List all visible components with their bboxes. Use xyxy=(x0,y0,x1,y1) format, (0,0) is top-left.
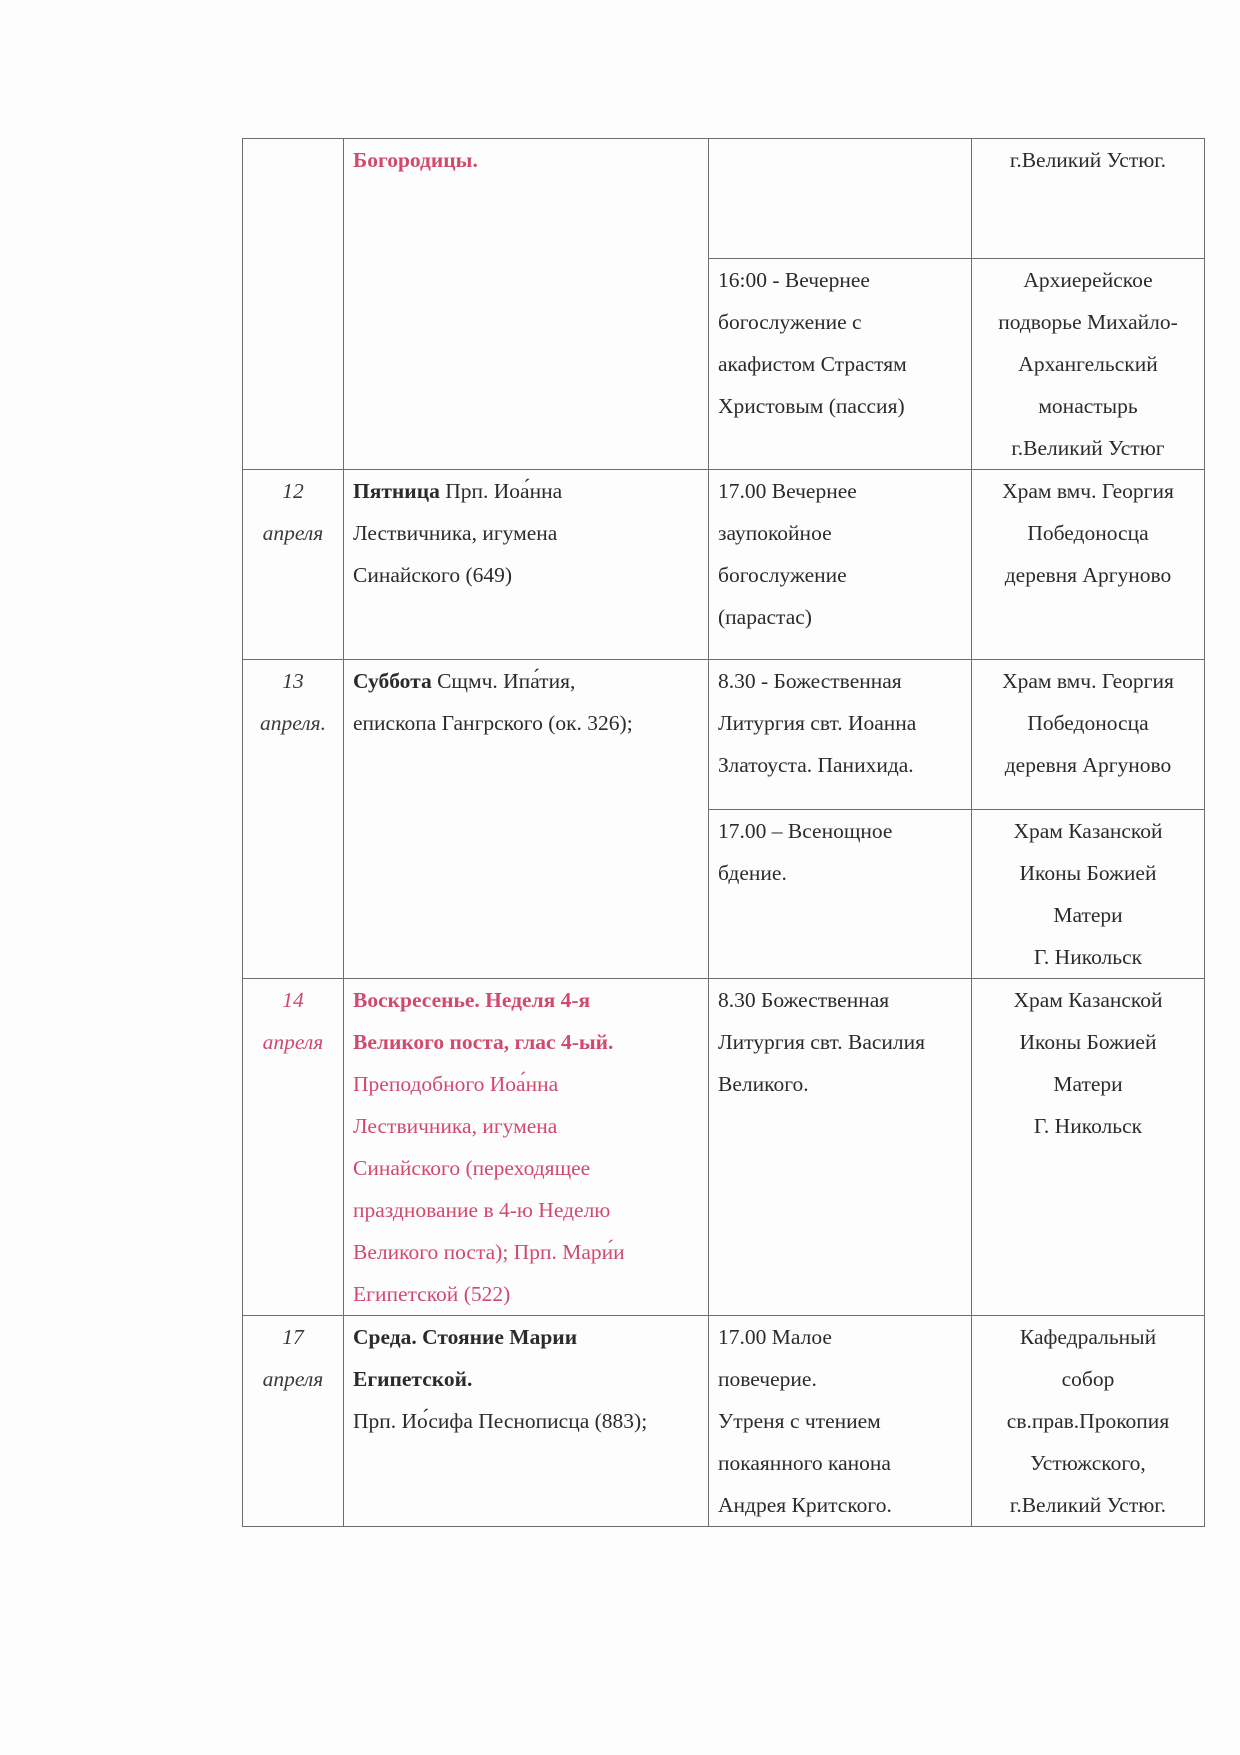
weekday-label: Пятница xyxy=(353,479,440,503)
saint-line: Лествичника, игумена xyxy=(353,1105,699,1147)
saint-line: Великого поста); Прп. Мари́и xyxy=(353,1231,699,1273)
service-cell xyxy=(709,139,972,259)
table-row: 14апреляВоскресенье. Неделя 4-яВеликого … xyxy=(243,979,1205,1316)
date-cell xyxy=(243,139,344,470)
service-line: богослужение с xyxy=(718,301,962,343)
service-line: акафистом Страстям xyxy=(718,343,962,385)
place-line: Матери xyxy=(981,1063,1195,1105)
saint-line: Египетской. xyxy=(353,1358,699,1400)
saint-text: Прп. Иоа́нна xyxy=(440,479,562,503)
service-line: 17.00 Малое xyxy=(718,1316,962,1358)
place-line: Иконы Божией xyxy=(981,852,1195,894)
service-cell: 8.30 - БожественнаяЛитургия свт. ИоаннаЗ… xyxy=(709,660,972,810)
place-line: г.Великий Устюг. xyxy=(981,1484,1195,1526)
place-line: г.Великий Устюг. xyxy=(981,139,1195,181)
service-schedule-table: Богородицы.г.Великий Устюг.16:00 - Вечер… xyxy=(242,138,1205,1527)
saint-cell: Пятница Прп. Иоа́ннаЛествичника, игумена… xyxy=(344,470,709,660)
place-line: г.Великий Устюг xyxy=(981,427,1195,469)
service-cell: 17.00 Малоеповечерие.Утреня с чтениемпок… xyxy=(709,1316,972,1527)
place-line: Матери xyxy=(981,894,1195,936)
date-day: 13 xyxy=(252,660,334,702)
service-line: покаянного канона xyxy=(718,1442,962,1484)
service-line: Литургия свт. Иоанна xyxy=(718,702,962,744)
table-row: Богородицы.г.Великий Устюг. xyxy=(243,139,1205,259)
service-line: Литургия свт. Василия xyxy=(718,1021,962,1063)
service-line: Христовым (пассия) xyxy=(718,385,962,427)
service-line: 17.00 Вечернее xyxy=(718,470,962,512)
document-page: Богородицы.г.Великий Устюг.16:00 - Вечер… xyxy=(0,0,1240,1755)
saint-line: Суббота Сщмч. Ипа́тия, xyxy=(353,660,699,702)
saint-line: Синайского (переходящее xyxy=(353,1147,699,1189)
place-line: Храм вмч. Георгия xyxy=(981,470,1195,512)
saint-cell: Богородицы. xyxy=(344,139,709,470)
saint-line: Лествичника, игумена xyxy=(353,512,699,554)
place-line: Иконы Божией xyxy=(981,1021,1195,1063)
weekday-label: Суббота xyxy=(353,669,432,693)
date-month: апреля xyxy=(252,1021,334,1063)
service-line: 16:00 - Вечернее xyxy=(718,259,962,301)
saint-line: Прп. Ио́сифа Песнописца (883); xyxy=(353,1400,699,1442)
place-cell: Храм КазанскойИконы БожиейМатериГ. Никол… xyxy=(972,979,1205,1316)
saint-line: Великого поста, глас 4-ый. xyxy=(353,1021,699,1063)
table-row: 12апреляПятница Прп. Иоа́ннаЛествичника,… xyxy=(243,470,1205,660)
service-cell: 16:00 - Вечернеебогослужение сакафистом … xyxy=(709,259,972,470)
date-cell: 14апреля xyxy=(243,979,344,1316)
service-cell: 17.00 – Всенощноебдение. xyxy=(709,810,972,979)
saint-cell: Среда. Стояние МарииЕгипетской.Прп. Ио́с… xyxy=(344,1316,709,1527)
saint-line: Воскресенье. Неделя 4-я xyxy=(353,979,699,1021)
saint-text: Сщмч. Ипа́тия, xyxy=(432,669,576,693)
place-line: собор xyxy=(981,1358,1195,1400)
place-cell: г.Великий Устюг. xyxy=(972,139,1205,259)
saint-line: Преподобного Иоа́нна xyxy=(353,1063,699,1105)
date-day: 12 xyxy=(252,470,334,512)
saint-line: Богородицы. xyxy=(353,139,699,181)
service-line: 17.00 – Всенощное xyxy=(718,810,962,852)
service-line: заупокойное xyxy=(718,512,962,554)
saint-cell: Воскресенье. Неделя 4-яВеликого поста, г… xyxy=(344,979,709,1316)
service-line: Утреня с чтением xyxy=(718,1400,962,1442)
place-cell: Архиерейскоеподворье Михайло-Архангельск… xyxy=(972,259,1205,470)
schedule-body: Богородицы.г.Великий Устюг.16:00 - Вечер… xyxy=(243,139,1205,1527)
place-cell: Кафедральныйсоборсв.прав.ПрокопияУстюжск… xyxy=(972,1316,1205,1527)
place-line: деревня Аргуново xyxy=(981,744,1195,786)
table-row: 13апреля.Суббота Сщмч. Ипа́тия,епископа … xyxy=(243,660,1205,810)
service-line: 8.30 Божественная xyxy=(718,979,962,1021)
date-month: апреля. xyxy=(252,702,334,744)
saint-line: празднование в 4-ю Неделю xyxy=(353,1189,699,1231)
place-cell: Храм вмч. ГеоргияПобедоносцадеревня Аргу… xyxy=(972,470,1205,660)
place-line: Храм Казанской xyxy=(981,810,1195,852)
place-line: Победоносца xyxy=(981,702,1195,744)
saint-line: Среда. Стояние Марии xyxy=(353,1316,699,1358)
saint-cell: Суббота Сщмч. Ипа́тия,епископа Гангрског… xyxy=(344,660,709,979)
service-line: 8.30 - Божественная xyxy=(718,660,962,702)
place-cell: Храм КазанскойИконы БожиейМатериГ. Никол… xyxy=(972,810,1205,979)
service-line: Златоуста. Панихида. xyxy=(718,744,962,786)
place-line: Г. Никольск xyxy=(981,1105,1195,1147)
date-cell: 13апреля. xyxy=(243,660,344,979)
place-line: Кафедральный xyxy=(981,1316,1195,1358)
service-cell: 8.30 БожественнаяЛитургия свт. ВасилияВе… xyxy=(709,979,972,1316)
service-line: (парастас) xyxy=(718,596,962,638)
place-line: св.прав.Прокопия xyxy=(981,1400,1195,1442)
place-line: Архангельский xyxy=(981,343,1195,385)
place-line: подворье Михайло- xyxy=(981,301,1195,343)
place-line: монастырь xyxy=(981,385,1195,427)
saint-line: Пятница Прп. Иоа́нна xyxy=(353,470,699,512)
service-line: богослужение xyxy=(718,554,962,596)
place-line: деревня Аргуново xyxy=(981,554,1195,596)
date-month: апреля xyxy=(252,1358,334,1400)
saint-line: Синайского (649) xyxy=(353,554,699,596)
table-row: 17апреляСреда. Стояние МарииЕгипетской.П… xyxy=(243,1316,1205,1527)
place-line: Архиерейское xyxy=(981,259,1195,301)
place-line: Устюжского, xyxy=(981,1442,1195,1484)
service-line: повечерие. xyxy=(718,1358,962,1400)
date-cell: 12апреля xyxy=(243,470,344,660)
saint-line: Египетской (522) xyxy=(353,1273,699,1315)
service-line: Андрея Критского. xyxy=(718,1484,962,1526)
place-line: Г. Никольск xyxy=(981,936,1195,978)
place-line: Победоносца xyxy=(981,512,1195,554)
date-month: апреля xyxy=(252,512,334,554)
date-day: 14 xyxy=(252,979,334,1021)
date-day: 17 xyxy=(252,1316,334,1358)
place-line: Храм Казанской xyxy=(981,979,1195,1021)
place-line: Храм вмч. Георгия xyxy=(981,660,1195,702)
service-line: Великого. xyxy=(718,1063,962,1105)
place-cell: Храм вмч. ГеоргияПобедоносцадеревня Аргу… xyxy=(972,660,1205,810)
date-cell: 17апреля xyxy=(243,1316,344,1527)
saint-line: епископа Гангрского (ок. 326); xyxy=(353,702,699,744)
service-line: бдение. xyxy=(718,852,962,894)
service-cell: 17.00 Вечернеезаупокойноебогослужение(па… xyxy=(709,470,972,660)
